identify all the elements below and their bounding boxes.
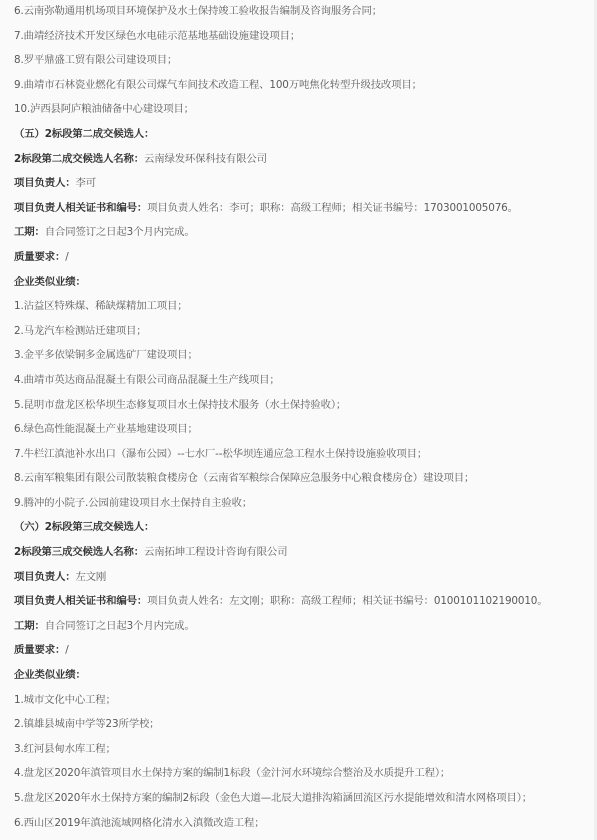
candidate-3-certificate: 项目负责人相关证书和编号：项目负责人姓名：左文刚；职称：高级工程师；相关证书编号…: [14, 593, 589, 618]
field-value: 李可: [75, 177, 95, 189]
list-item: 9.腾冲的小院子.公园前建设项目水土保持自主验收；: [14, 495, 589, 520]
list-item: 6.绿色高性能混凝土产业基地建设项目；: [14, 421, 589, 446]
field-label: 项目负责人：: [14, 571, 75, 583]
document-content: 6.云南弥勒通用机场项目环境保护及水土保持竣工验收报告编制及咨询服务合同； 7.…: [14, 3, 589, 839]
candidate-3-performance-label: 企业类似业绩：: [14, 667, 589, 692]
list-item: 2.马龙汽车检测站迁建项目；: [14, 323, 589, 348]
candidate-2-manager: 项目负责人：李可: [14, 175, 589, 200]
candidate-3-manager: 项目负责人：左文刚: [14, 569, 589, 594]
list-item: 2.镇雄县城南中学等23所学校；: [14, 716, 589, 741]
list-item: 8.罗平鼎盛工贸有限公司建设项目；: [14, 52, 589, 77]
list-item: 4.盘龙区2020年滇管项目水土保持方案的编制1标段（金汁河水环境综合整治及水质…: [14, 765, 589, 790]
field-label: 质量要求：: [14, 251, 65, 263]
list-item: 7.曲靖经济技术开发区绿色水电硅示范基地基础设施建设项目；: [14, 28, 589, 53]
field-label: 质量要求：: [14, 644, 65, 656]
field-value: 云南绿发环保科技有限公司: [144, 153, 267, 165]
field-label: 工期：: [14, 620, 45, 632]
list-item: 5.盘龙区2020年水土保持方案的编制2标段（金色大道—北辰大道排沟箱涵回流区污…: [14, 790, 589, 815]
candidate-2-performance-label: 企业类似业绩：: [14, 274, 589, 299]
field-value: 项目负责人姓名：左文刚；职称：高级工程师；相关证书编号：010010110219…: [147, 595, 547, 607]
candidate-3-name: 2标段第三成交候选人名称：云南拓坤工程设计咨询有限公司: [14, 544, 589, 569]
field-label: 项目负责人相关证书和编号：: [14, 202, 147, 214]
list-item: 6.西山区2019年滇池流域网格化清水入滇微改造工程；: [14, 815, 589, 840]
candidate-2-quality: 质量要求：/: [14, 249, 589, 274]
candidate-2-name: 2标段第二成交候选人名称：云南绿发环保科技有限公司: [14, 151, 589, 176]
field-value: 左文刚: [75, 571, 106, 583]
candidate-2-period: 工期：自合同签订之日起3个月内完成。: [14, 224, 589, 249]
field-label: 2标段第二成交候选人名称：: [14, 153, 144, 165]
list-item: 9.曲靖市石林瓷业燃化有限公司煤气车间技术改造工程、100万吨焦化转型升级技改项…: [14, 77, 589, 102]
list-item: 5.昆明市盘龙区松华坝生态修复项目水土保持技术服务（水土保持验收）；: [14, 397, 589, 422]
field-value: 项目负责人姓名：李可；职称：高级工程师；相关证书编号：1703001005076…: [147, 202, 518, 214]
list-item: 1.沾益区特殊煤、稀缺煤精加工项目；: [14, 298, 589, 323]
field-value: /: [65, 251, 68, 263]
candidate-2-certificate: 项目负责人相关证书和编号：项目负责人姓名：李可；职称：高级工程师；相关证书编号：…: [14, 200, 589, 225]
list-item: 10.泸西县阿庐粮油储备中心建设项目；: [14, 101, 589, 126]
section-title-candidate-3: （六）2标段第三成交候选人：: [14, 519, 589, 544]
field-label: 项目负责人：: [14, 177, 75, 189]
list-item: 6.云南弥勒通用机场项目环境保护及水土保持竣工验收报告编制及咨询服务合同；: [14, 3, 589, 28]
field-label: 工期：: [14, 226, 45, 238]
candidate-3-quality: 质量要求：/: [14, 642, 589, 667]
list-item: 3.金平多依梁铜多金属选矿厂建设项目；: [14, 347, 589, 372]
list-item: 3.红河县甸水库工程；: [14, 741, 589, 766]
list-item: 4.曲靖市英达商品混凝土有限公司商品混凝土生产线项目；: [14, 372, 589, 397]
list-item: 7.牛栏江滇池补水出口（瀑布公园）--七水厂--松华坝连通应急工程水土保持设施验…: [14, 446, 589, 471]
field-label: 2标段第三成交候选人名称：: [14, 546, 144, 558]
document-page: 6.云南弥勒通用机场项目环境保护及水土保持竣工验收报告编制及咨询服务合同； 7.…: [0, 0, 594, 840]
list-item: 1.城市文化中心工程；: [14, 692, 589, 717]
field-value: 云南拓坤工程设计咨询有限公司: [144, 546, 287, 558]
section-title-candidate-2: （五）2标段第二成交候选人：: [14, 126, 589, 151]
field-value: 自合同签订之日起3个月内完成。: [45, 226, 195, 238]
field-value: /: [65, 644, 68, 656]
candidate-3-period: 工期：自合同签订之日起3个月内完成。: [14, 618, 589, 643]
list-item: 8.云南军粮集团有限公司散装粮食楼房仓（云南省军粮综合保障应急服务中心粮食楼房仓…: [14, 470, 589, 495]
field-label: 项目负责人相关证书和编号：: [14, 595, 147, 607]
field-value: 自合同签订之日起3个月内完成。: [45, 620, 195, 632]
